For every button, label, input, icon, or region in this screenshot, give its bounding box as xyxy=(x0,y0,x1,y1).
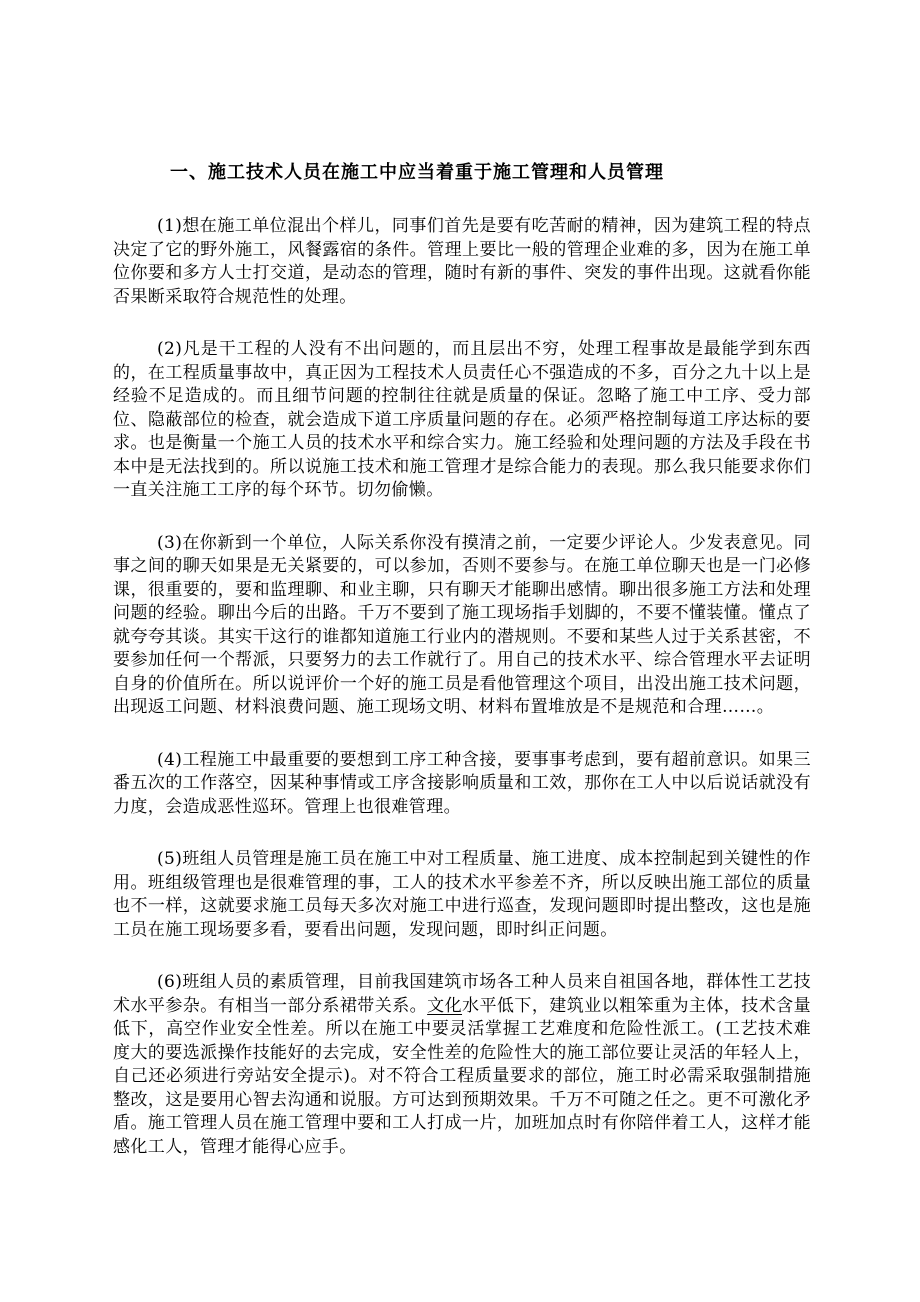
paragraph-2: (2)凡是干工程的人没有不出问题的，而且层出不穷，处理工程事故是最能学到东西的，… xyxy=(113,338,811,503)
paragraph-6-text-after: 水平低下，建筑业以粗笨重为主体，技术含量低下，高空作业安全性差。所以在施工中要灵… xyxy=(113,996,811,1157)
document-background: { "colors": { "background": "#ffffff", "… xyxy=(0,0,920,1302)
document-title: 一、施工技术人员在施工中应当着重于施工管理和人员管理 xyxy=(170,163,811,183)
paragraph-1: (1)想在施工单位混出个样儿，同事们首先是要有吃苦耐的精神，因为建筑工程的特点决… xyxy=(113,215,811,309)
paragraph-3: (3)在你新到一个单位，人际关系你没有摸清之前，一定要少评论人。少发表意见。同事… xyxy=(113,532,811,720)
paragraph-4: (4)工程施工中最重要的要想到工序工种含接，要事事考虑到，要有超前意识。如果三番… xyxy=(113,749,811,820)
paragraph-6-underlined-text: 文化 xyxy=(427,996,462,1016)
paragraph-5: (5)班组人员管理是施工员在施工中对工程质量、施工进度、成本控制起到关键性的作用… xyxy=(113,848,811,942)
document-page: 一、施工技术人员在施工中应当着重于施工管理和人员管理 (1)想在施工单位混出个样… xyxy=(113,163,811,1159)
paragraph-6: (6)班组人员的素质管理，目前我国建筑市场各工种人员来自祖国各地，群体性工艺技术… xyxy=(113,971,811,1159)
